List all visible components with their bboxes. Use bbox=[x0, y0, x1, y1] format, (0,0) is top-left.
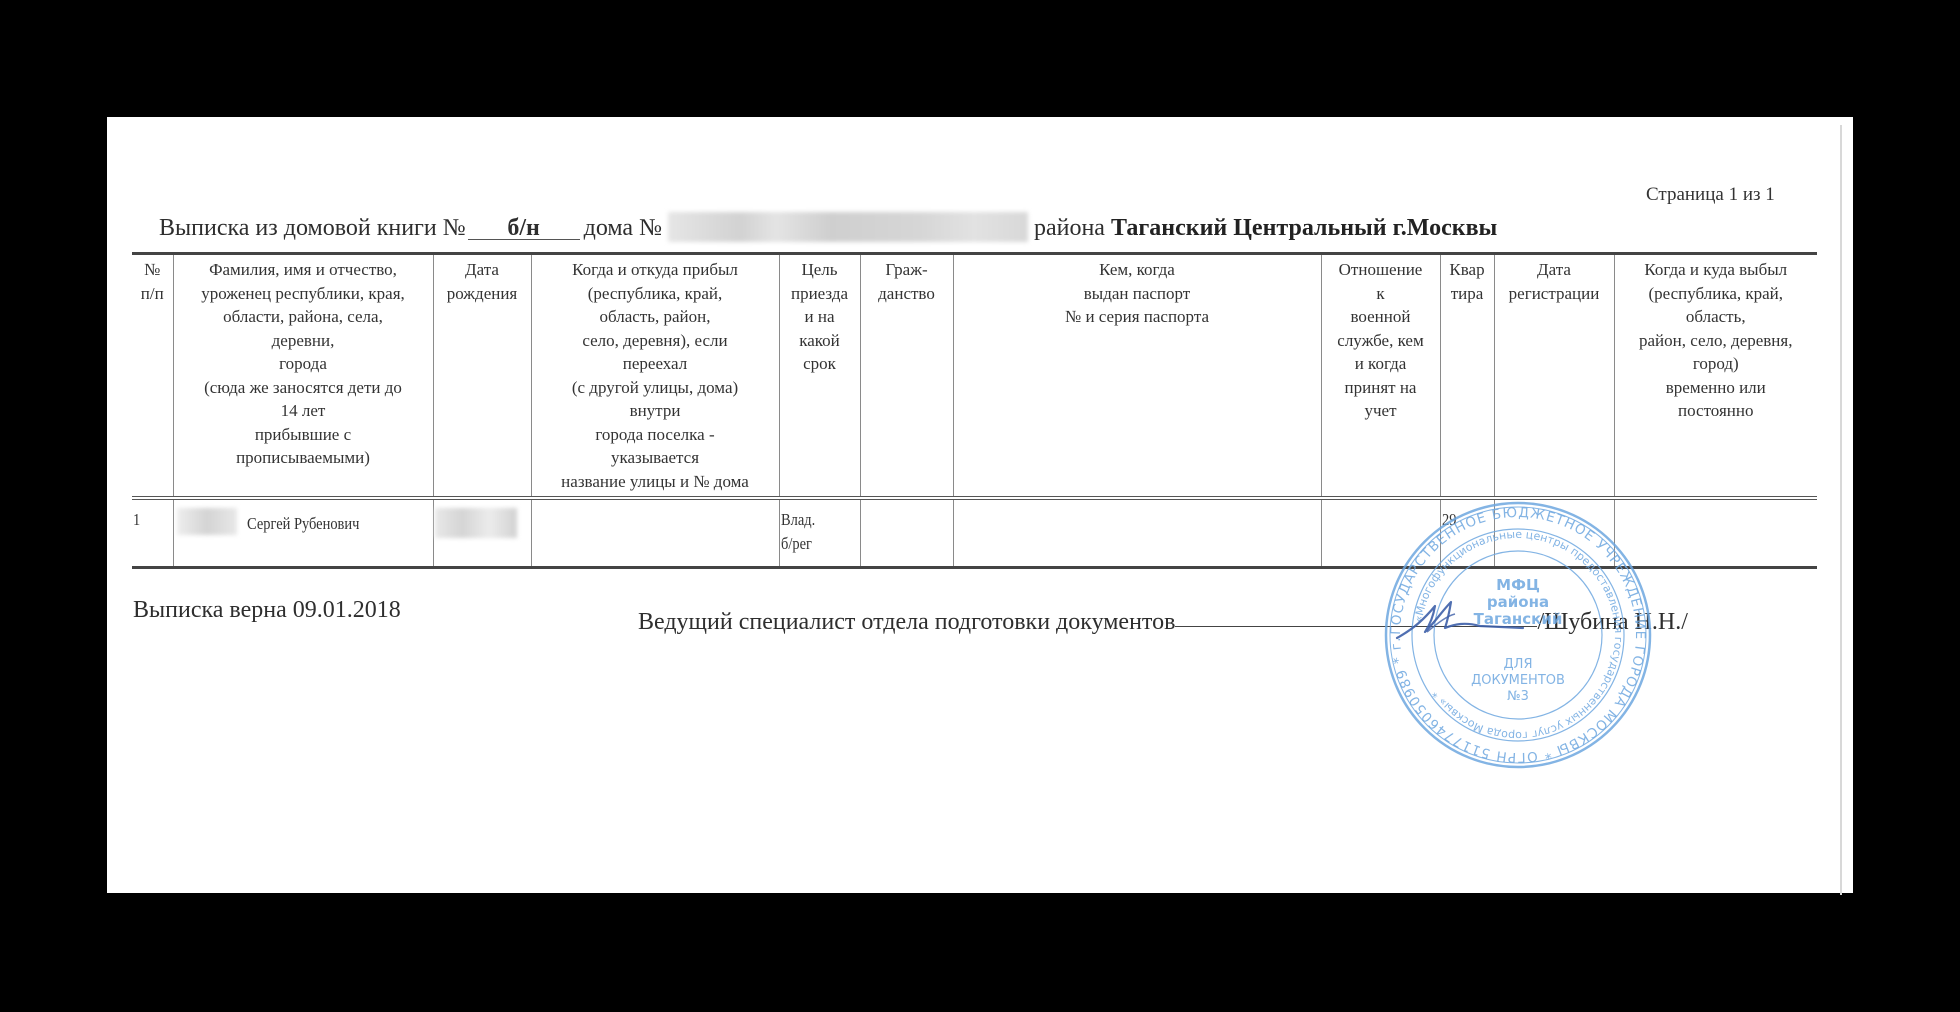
redacted-birth-date bbox=[435, 508, 517, 538]
cell-arrived-from bbox=[531, 498, 779, 568]
cell-purpose: Влад.б/рег bbox=[779, 498, 860, 568]
handwritten-signature-icon bbox=[1395, 592, 1525, 642]
certification-date: Выписка верна 09.01.2018 bbox=[133, 597, 401, 624]
header-purpose: Цельприездаи накакойсрок bbox=[779, 254, 860, 499]
header-apartment: Квартира bbox=[1440, 254, 1494, 499]
header-departed: Когда и куда выбыл(республика, край,обла… bbox=[1614, 254, 1817, 499]
cell-passport bbox=[953, 498, 1321, 568]
svg-text:ДОКУМЕНТОВ: ДОКУМЕНТОВ bbox=[1471, 673, 1565, 688]
cell-citizenship bbox=[860, 498, 953, 568]
cell-birth-date bbox=[433, 498, 531, 568]
header-full-name: Фамилия, имя и отчество,уроженец республ… bbox=[173, 254, 433, 499]
book-number: б/н bbox=[468, 217, 580, 240]
header-registration-date: Датарегистрации bbox=[1494, 254, 1614, 499]
svg-text:ДЛЯ: ДЛЯ bbox=[1504, 657, 1533, 672]
page-edge-shadow bbox=[1840, 125, 1842, 895]
cell-full-name: Сергей Рубенович bbox=[173, 498, 433, 568]
signer-position: Ведущий специалист отдела подготовки док… bbox=[638, 609, 1175, 635]
title-prefix: Выписка из домовой книги № bbox=[159, 215, 466, 241]
header-military: Отношениеквоеннойслужбе, кеми когдаприня… bbox=[1321, 254, 1440, 499]
document-title: Выписка из домовой книги №б/ндома №район… bbox=[159, 212, 1497, 242]
table-header-row: №п/п Фамилия, имя и отчество,уроженец ре… bbox=[132, 254, 1817, 499]
header-arrived-from: Когда и откуда прибыл(республика, край,о… bbox=[531, 254, 779, 499]
header-birth-date: Датарождения bbox=[433, 254, 531, 499]
district-name: Таганский Центральный г.Москвы bbox=[1111, 215, 1497, 241]
page-indicator: Страница 1 из 1 bbox=[1646, 184, 1775, 206]
redacted-address bbox=[668, 212, 1028, 242]
header-number: №п/п bbox=[132, 254, 173, 499]
redacted-surname bbox=[177, 508, 237, 535]
cell-number: 1 bbox=[132, 498, 173, 568]
svg-text:№3: №3 bbox=[1507, 689, 1529, 704]
district-label: района bbox=[1034, 215, 1105, 241]
header-citizenship: Граж-данство bbox=[860, 254, 953, 499]
house-label: дома № bbox=[584, 215, 662, 241]
header-passport: Кем, когдавыдан паспорт№ и серия паспорт… bbox=[953, 254, 1321, 499]
